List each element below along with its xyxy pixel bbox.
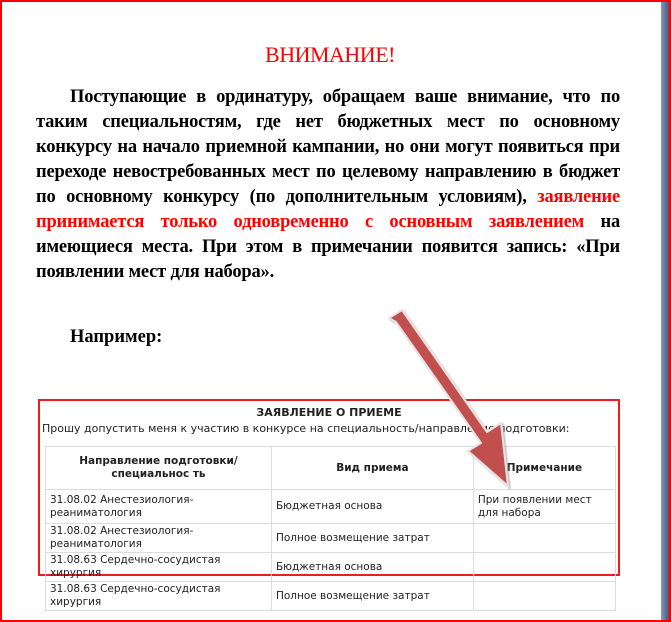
column-header-note: Примечание (473, 447, 615, 490)
cell-admission-type: Бюджетная основа (271, 553, 473, 582)
cell-specialty: 31.08.63 Сердечно-сосудистая хирургия (46, 582, 272, 611)
page-edge-scroll-strip (661, 2, 669, 620)
form-title: ЗАЯВЛЕНИЕ О ПРИЕМЕ (40, 406, 618, 419)
notice-text-1: Поступающие в ординатуру, обращаем ваше … (36, 87, 620, 207)
table-row: 31.08.02 Анестезиология-реаниматология П… (46, 524, 616, 553)
cell-note (473, 582, 615, 611)
table-row: 31.08.63 Сердечно-сосудистая хирургия По… (46, 582, 616, 611)
cell-specialty: 31.08.02 Анестезиология-реаниматология (46, 524, 272, 553)
table-row: 31.08.02 Анестезиология-реаниматология Б… (46, 490, 616, 524)
cell-note: При появлении мест для набора (473, 490, 615, 524)
cell-specialty: 31.08.63 Сердечно-сосудистая хирургия (46, 553, 272, 582)
cell-specialty: 31.08.02 Анестезиология-реаниматология (46, 490, 272, 524)
applications-table: Направление подготовки/специальнос ть Ви… (45, 446, 616, 611)
cell-note (473, 524, 615, 553)
column-header-specialty: Направление подготовки/специальнос ть (46, 447, 272, 490)
application-form-example: ЗАЯВЛЕНИЕ О ПРИЕМЕ Прошу допустить меня … (38, 399, 620, 576)
table-header-row: Направление подготовки/специальнос ть Ви… (46, 447, 616, 490)
form-intro: Прошу допустить меня к участию в конкурс… (42, 422, 569, 435)
cell-note (473, 553, 615, 582)
cell-admission-type: Бюджетная основа (271, 490, 473, 524)
notice-paragraph: Поступающие в ординатуру, обращаем ваше … (36, 85, 620, 285)
cell-admission-type: Полное возмещение затрат (271, 582, 473, 611)
column-header-admission-type: Вид приема (271, 447, 473, 490)
table-row: 31.08.63 Сердечно-сосудистая хирургия Бю… (46, 553, 616, 582)
example-label: Например: (70, 327, 162, 348)
cell-admission-type: Полное возмещение затрат (271, 524, 473, 553)
attention-title: ВНИМАНИЕ! (0, 42, 660, 68)
